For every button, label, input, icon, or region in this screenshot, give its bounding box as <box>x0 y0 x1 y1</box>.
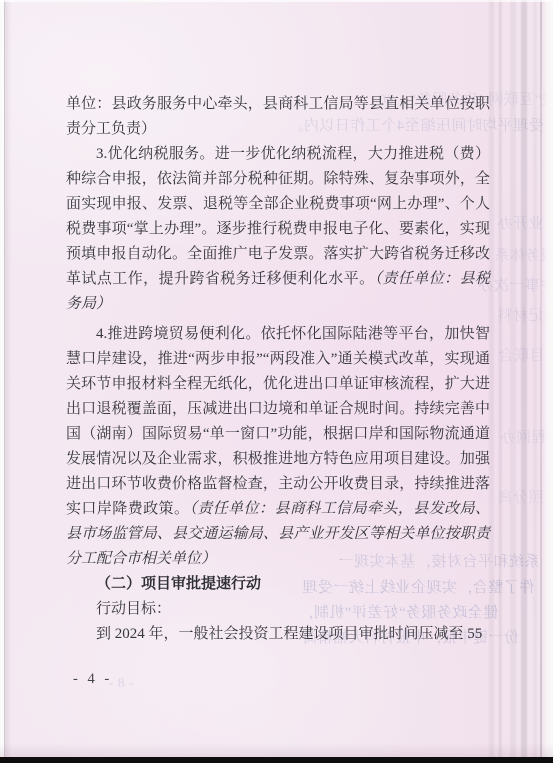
scan-edge-top <box>0 0 553 2</box>
scanned-page: 力推进“互联网+政务服务”，60 缩小受理平均时间压缩至4个工作日以内。 企业开… <box>0 0 553 763</box>
scan-edge-bottom <box>0 757 553 763</box>
page-number: - 4 - <box>73 671 112 688</box>
paragraph-cross-border-trade: 4.推进跨境贸易便利化。依托怀化国际陆港等平台，加快智慧口岸建设，推进“两步申报… <box>66 322 490 572</box>
paragraph-text: 行动目标： <box>96 601 171 617</box>
paragraph-text: 到 2024 年，一般社会投资工程建设项目审批时间压减至 55 <box>96 626 482 642</box>
scan-edge-left <box>0 0 5 763</box>
document-body: 单位：县政务服务中心牵头，县商科工信局等县直相关单位按职责分工负责） 3.优化纳… <box>66 92 490 647</box>
paragraph-text: 单位：县政务服务中心牵头，县商科工信局等县直相关单位按职责分工负责） <box>66 96 490 137</box>
heading-text: （二）项目审批提速行动 <box>96 576 261 592</box>
paragraph-text: 3.优化纳税服务。进一步优化纳税流程，大力推进税（费）种综合申报，依法简并部分税… <box>66 146 490 287</box>
paper-crease <box>540 0 542 763</box>
paragraph-text: 4.推进跨境贸易便利化。依托怀化国际陆港等平台，加快智慧口岸建设，推进“两步申报… <box>66 326 490 517</box>
scan-bottom-shadow <box>0 743 553 757</box>
paragraph-action-goal: 到 2024 年，一般社会投资工程建设项目审批时间压减至 55 <box>66 622 490 647</box>
paragraph-units-continuation: 单位：县政务服务中心牵头，县商科工信局等县直相关单位按职责分工负责） <box>66 92 490 142</box>
scan-edge-right <box>543 0 553 763</box>
section-heading-project-approval: （二）项目审批提速行动 <box>66 572 490 597</box>
paragraph-action-goal-label: 行动目标： <box>66 597 490 622</box>
paragraph-tax-services: 3.优化纳税服务。进一步优化纳税流程，大力推进税（费）种综合申报，依法简并部分税… <box>66 142 490 317</box>
